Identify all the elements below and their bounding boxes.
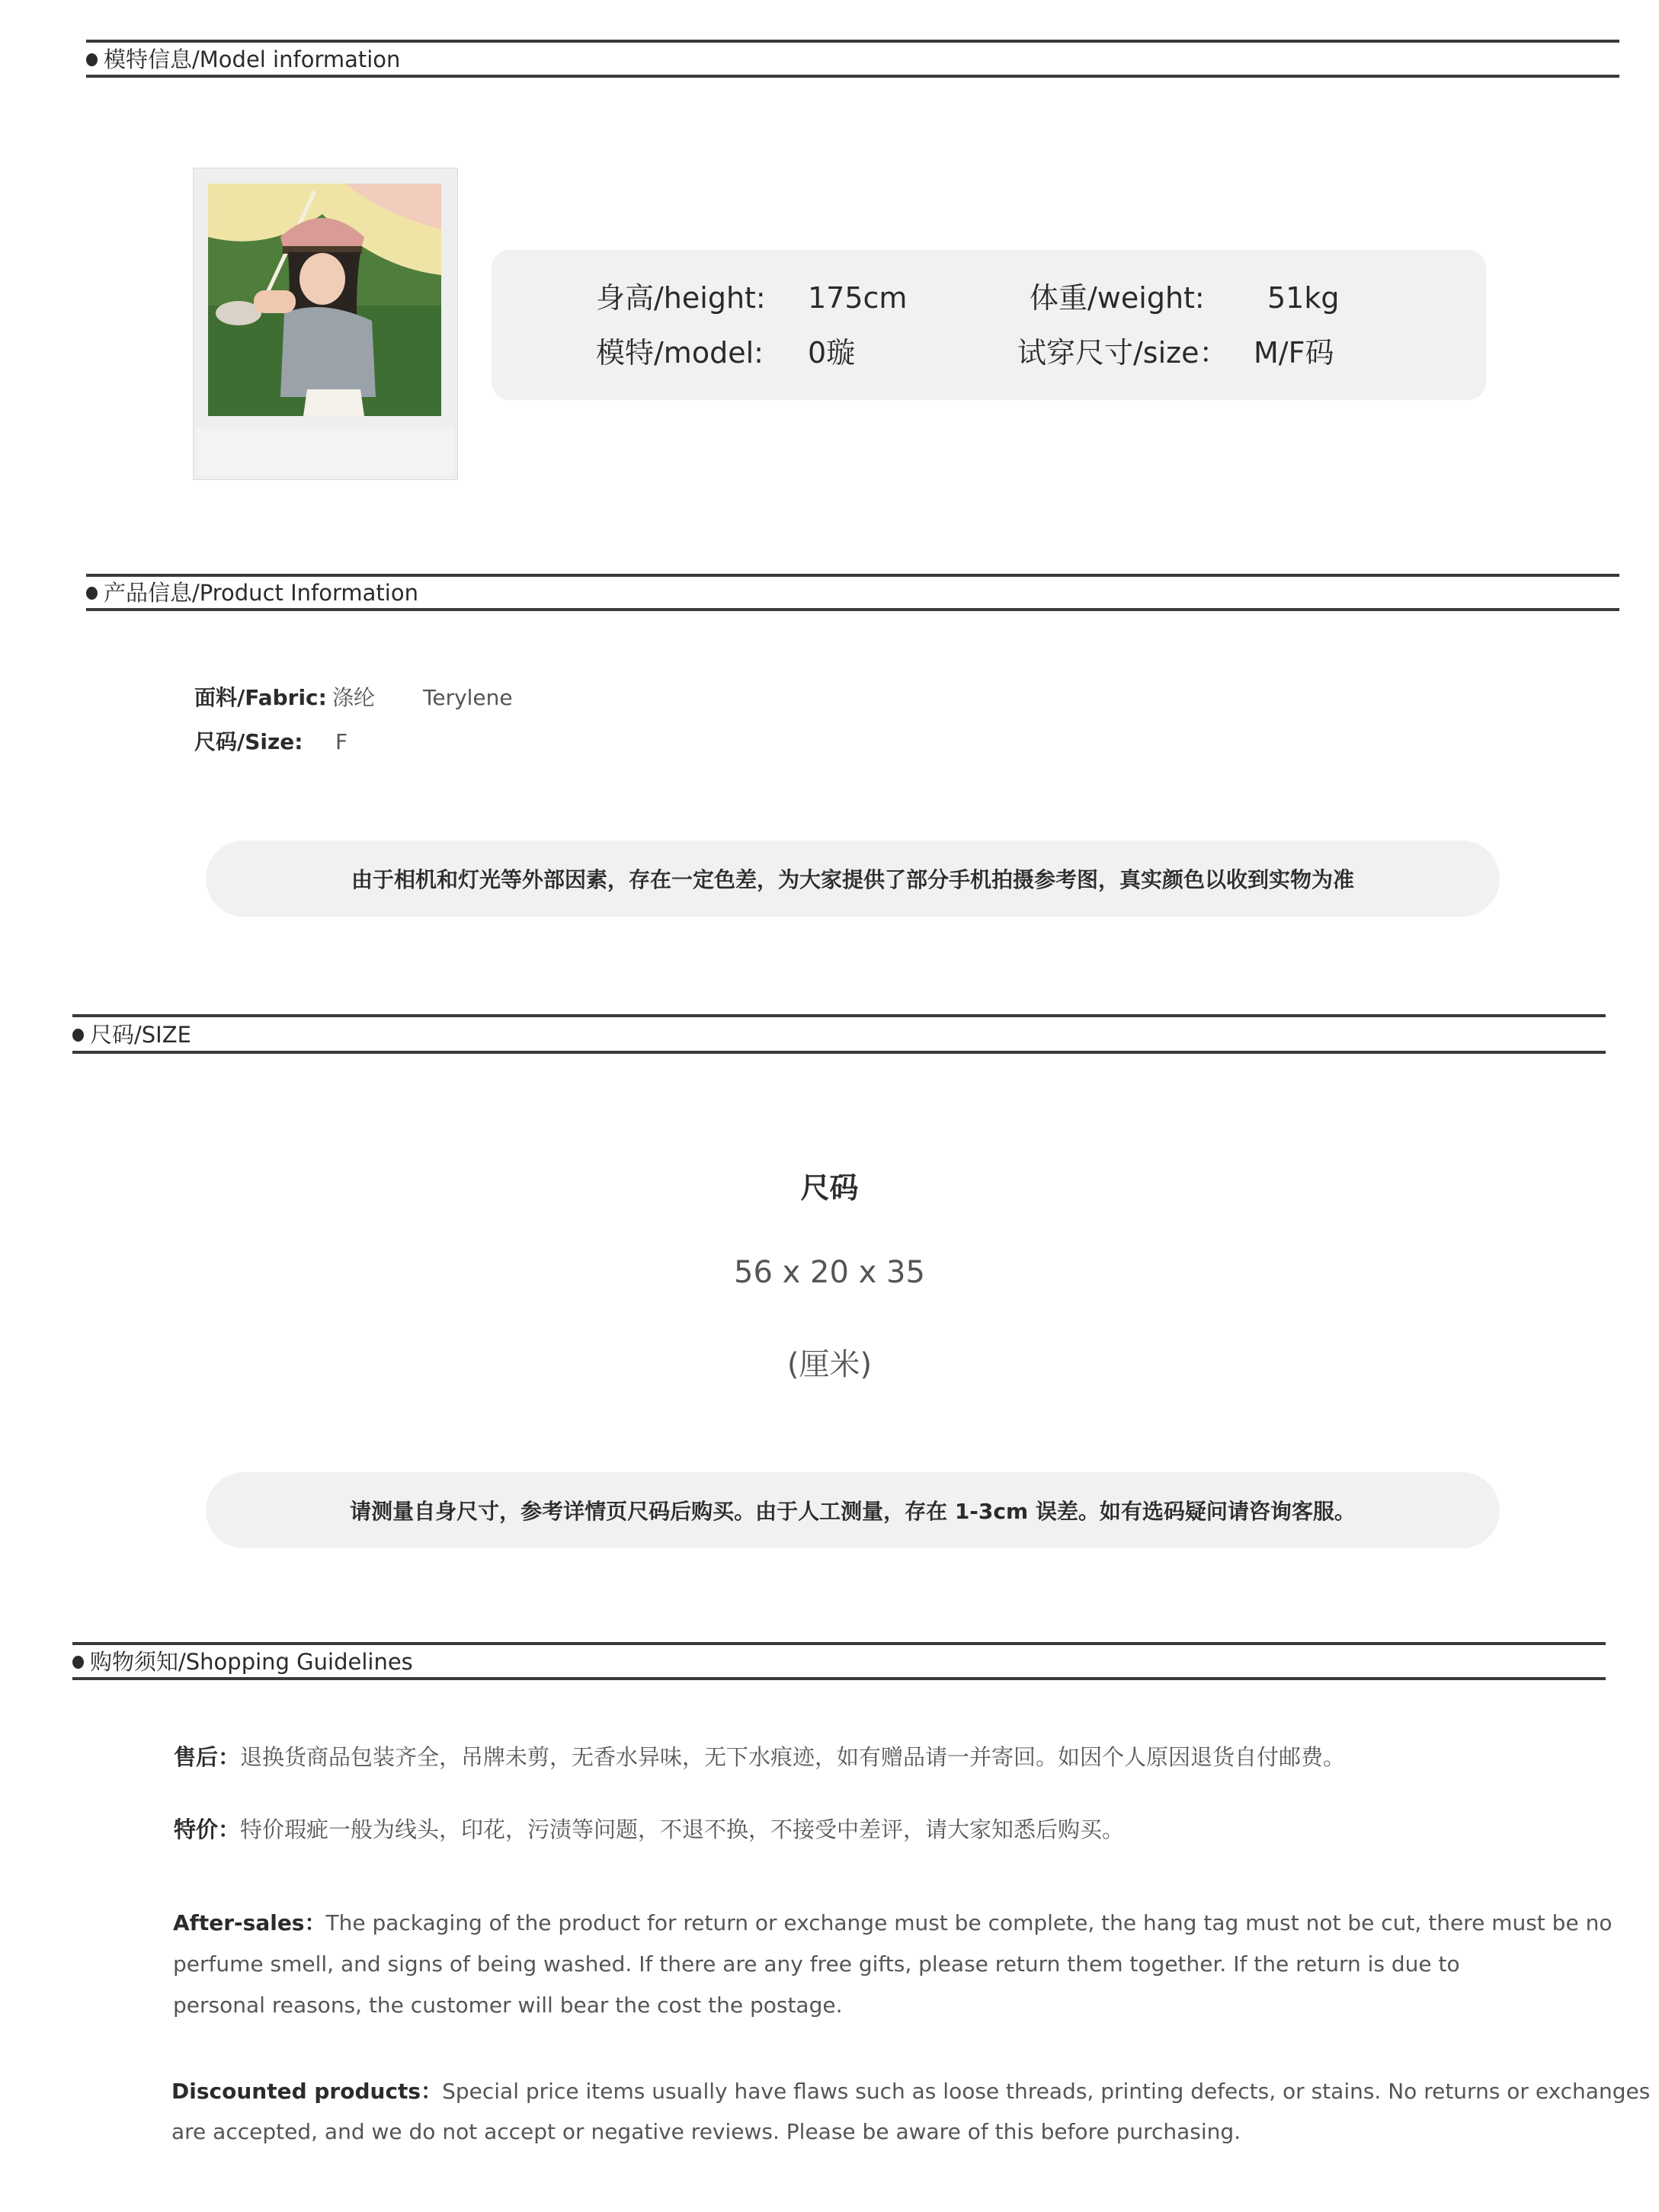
model-photo-illustration — [208, 184, 441, 416]
after-sales-en-text-1: The packaging of the product for return … — [325, 1910, 1612, 1935]
after-sales-cn-text: 退换货商品包装齐全，吊牌未剪，无香水异味，无下水痕迹，如有赠品请一并寄回。如因个… — [240, 1744, 1345, 1770]
header-rule-top — [72, 1642, 1606, 1645]
section-title-text: 购物须知/Shopping Guidelines — [90, 1651, 413, 1673]
section-title-shopping: 购物须知/Shopping Guidelines — [72, 1651, 413, 1673]
special-price-cn-label: 特价： — [174, 1817, 240, 1842]
fit-size-value: M/F码 — [1254, 338, 1334, 367]
section-title-model: 模特信息/Model information — [86, 49, 400, 71]
height-value: 175cm — [808, 283, 907, 312]
header-rule-bottom — [72, 1051, 1606, 1054]
discounted-en-label: Discounted products： — [171, 2079, 442, 2104]
special-price-cn: 特价：特价瑕疵一般为线头，印花，污渍等问题，不退不换，不接受中差评，请大家知悉后… — [174, 1819, 1124, 1841]
section-title-product: 产品信息/Product Information — [86, 582, 418, 604]
after-sales-en-line-3: personal reasons, the customer will bear… — [173, 1995, 843, 2016]
bullet-icon — [86, 587, 98, 600]
model-name-label: 模特/model: — [596, 338, 764, 367]
fit-size-label: 试穿尺寸/size： — [1017, 338, 1228, 367]
weight-value: 51kg — [1267, 283, 1339, 312]
size-unit: (厘米) — [0, 1349, 1659, 1380]
section-title-size: 尺码/SIZE — [72, 1024, 191, 1046]
header-rule-bottom — [86, 75, 1619, 78]
size-dimensions: 56 x 20 x 35 — [0, 1257, 1659, 1288]
model-photo-frame — [193, 168, 458, 480]
measurement-note: 请测量自身尺寸，参考详情页尺码后购买。由于人工测量，存在 1-3cm 误差。如有… — [206, 1472, 1500, 1548]
height-label: 身高/height: — [596, 283, 766, 312]
model-name-value: 0璇 — [808, 338, 855, 367]
header-rule-top — [72, 1014, 1606, 1017]
after-sales-en-line-2: perfume smell, and signs of being washed… — [173, 1954, 1460, 1975]
after-sales-en-label: After-sales： — [173, 1910, 325, 1935]
weight-label: 体重/weight: — [1030, 283, 1205, 312]
bullet-icon — [86, 53, 98, 66]
discounted-en-line-1: Discounted products：Special price items … — [171, 2081, 1650, 2102]
product-size-value: F — [335, 731, 347, 753]
fabric-value-en: Terylene — [423, 687, 513, 709]
product-size-label: 尺码/Size: — [194, 731, 303, 753]
bullet-icon — [72, 1656, 84, 1669]
section-title-text: 尺码/SIZE — [90, 1024, 191, 1046]
model-photo — [208, 184, 441, 416]
color-difference-note: 由于相机和灯光等外部因素，存在一定色差，为大家提供了部分手机拍摄参考图，真实颜色… — [206, 840, 1500, 917]
section-title-text: 模特信息/Model information — [104, 49, 400, 71]
after-sales-cn-label: 售后： — [174, 1744, 240, 1770]
section-title-text: 产品信息/Product Information — [104, 582, 418, 604]
size-heading: 尺码 — [0, 1173, 1659, 1202]
polaroid-caption-area — [197, 427, 454, 476]
model-info-panel: 身高/height: 175cm 体重/weight: 51kg 模特/mode… — [492, 250, 1486, 400]
after-sales-en-line-1: After-sales：The packaging of the product… — [173, 1913, 1612, 1934]
fabric-value-cn: 涤纶 — [332, 687, 375, 709]
fabric-label: 面料/Fabric: — [194, 687, 327, 709]
discounted-en-line-2: are accepted, and we do not accept or ne… — [171, 2121, 1241, 2143]
header-rule-bottom — [86, 608, 1619, 611]
header-rule-top — [86, 574, 1619, 577]
header-rule-top — [86, 40, 1619, 43]
bullet-icon — [72, 1029, 84, 1042]
special-price-cn-text: 特价瑕疵一般为线头，印花，污渍等问题，不退不换，不接受中差评，请大家知悉后购买。 — [240, 1817, 1124, 1842]
discounted-en-text-1: Special price items usually have flaws s… — [442, 2079, 1650, 2104]
header-rule-bottom — [72, 1677, 1606, 1680]
after-sales-cn: 售后：退换货商品包装齐全，吊牌未剪，无香水异味，无下水痕迹，如有赠品请一并寄回。… — [174, 1746, 1345, 1769]
